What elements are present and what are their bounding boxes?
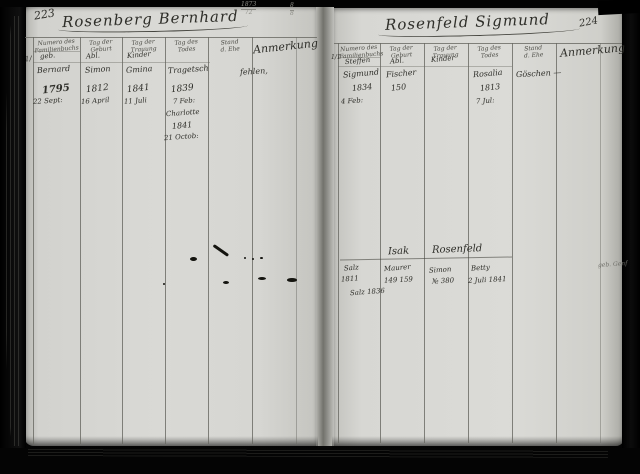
entry: Abl. [86, 52, 101, 61]
ink-blot [258, 277, 266, 280]
pencil-note-line: 8 [290, 3, 294, 10]
entry-number: 150 [391, 83, 407, 93]
entry: Steffen [345, 57, 371, 67]
pencil-note-line: 72 [241, 9, 256, 17]
entry: Abl. [390, 57, 405, 66]
entry-date: 7 Feb: [173, 97, 196, 106]
entry-year: 1795 [42, 83, 71, 97]
entry-place: Göschen — [516, 69, 562, 80]
entry-year: 1841 [172, 121, 193, 132]
pencil-note-top: 8 8 [290, 3, 294, 17]
margin-mark-left: 1/ [25, 56, 33, 64]
pencil-note-line: 8 [290, 10, 294, 18]
ink-blot [287, 278, 297, 282]
entry-date: 7 Jul: [476, 97, 495, 106]
page-number-left: 223 [33, 7, 56, 22]
entry-name: Gmina [126, 65, 153, 76]
title-flourish-left [58, 21, 248, 33]
entry-name: Sigmund [343, 68, 380, 80]
entry-year: 1811 [341, 275, 359, 284]
entry: Salz 1836 [350, 288, 385, 298]
pencil-note-top: 1873 72 [241, 2, 256, 16]
entry-number: 149 159 [384, 276, 413, 285]
column-header-status: Stand d. Ehe [513, 45, 555, 62]
entry: Salz [344, 264, 360, 273]
entry-heading-name: Isak [388, 246, 409, 258]
entry-date: 11 Juli [124, 97, 147, 106]
entry-date: 4 Feb: [341, 97, 364, 106]
entry-year: 1813 [480, 83, 501, 94]
entry-name: Betty [471, 264, 490, 273]
column-header-remarks: Anmerkung [253, 38, 319, 57]
page-number-right: 224 [578, 15, 599, 29]
ink-blot [244, 257, 246, 259]
ink-blot [223, 281, 229, 284]
entry-year: 1841 [127, 84, 151, 96]
handwriting: 223 Rosenberg Bernhard 1873 72 8 8 1/ Nu… [0, 0, 640, 474]
entry-year: 1839 [171, 84, 195, 96]
column-header-death: Tag des Todes [166, 39, 208, 56]
ink-blot [163, 283, 165, 285]
entry-year: 1812 [86, 84, 110, 96]
entry-name: Bernard [37, 65, 71, 76]
entry-remark: fehlen, [240, 67, 268, 77]
entry-year: 1834 [352, 83, 373, 94]
entry-date: 22 Sept: [33, 97, 63, 107]
entry: geb. [40, 52, 56, 61]
entry: Kinder [127, 51, 152, 61]
entry-date: 21 Octob: [164, 133, 199, 143]
entry-name: Fischer [386, 69, 417, 80]
ink-blot [260, 257, 263, 259]
column-header-death: Tag des Todes [469, 45, 511, 62]
entry-name: Rosalia [473, 69, 503, 80]
column-header-remarks: Anmerkung [560, 42, 626, 60]
entry-date: 2 Juli 1841 [468, 276, 507, 286]
entry: Kinder [431, 55, 456, 65]
entry-name: Tragetsch [168, 65, 209, 77]
ink-blot [213, 244, 229, 256]
entry-heading-surname: Rosenfeld [432, 243, 483, 256]
entry-name: Simon [429, 266, 452, 275]
entry-number: № 380 [432, 277, 455, 286]
column-header-status: Stand d. Ehe [209, 39, 252, 56]
margin-pencil-note: geb. Genf [598, 261, 628, 270]
ink-blot [252, 258, 254, 260]
entry-name: Simon [85, 65, 111, 76]
entry: Maurer [384, 264, 411, 274]
pencil-note-line: 1873 [241, 2, 256, 9]
entry-name: Charlotte [166, 109, 200, 119]
ink-blot [190, 257, 197, 261]
entry-date: 16 April [81, 97, 110, 107]
